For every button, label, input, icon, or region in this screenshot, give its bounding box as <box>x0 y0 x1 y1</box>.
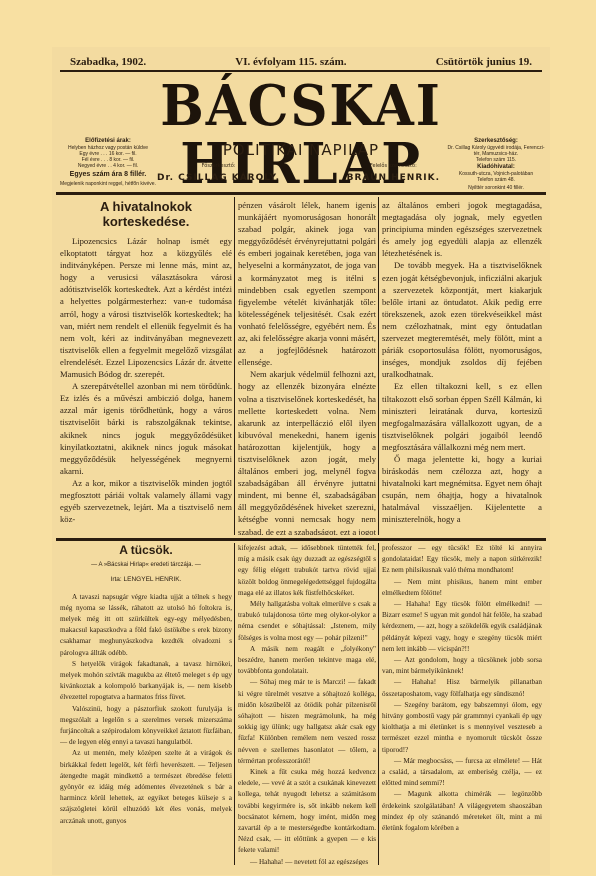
office-line: Dr. Csillag Károly ügyvédi irodája, Fere… <box>446 145 546 157</box>
article-column-3: az általános emberi jogok megtagadása, m… <box>382 199 542 535</box>
office-line: Telefon szám 115. <box>446 157 546 163</box>
place-year: Szabadka, 1902. <box>70 56 146 70</box>
article-paragraph: az általános emberi jogok megtagadása, m… <box>382 199 542 259</box>
article-paragraph: Az a kor, mikor a tisztviselők minden jo… <box>60 477 232 525</box>
subscription-title: Előfizetési árak: <box>58 138 158 144</box>
feuilleton-title: A tücsök. <box>60 545 232 556</box>
single-issue-price: Egyes szám ára 8 fillér. <box>58 172 158 178</box>
article-paragraph: pénzen vásárolt lélek, hanem igenis munk… <box>238 199 376 368</box>
feuilleton-paragraph: kifejezést adtak, — idősebbnek tüntették… <box>238 543 376 599</box>
feuilleton-paragraph: — Már megbocsáss, — furcsa az elmélete! … <box>382 756 542 790</box>
publication-note: Megjelenik naponkint reggel, hétfőn kivé… <box>58 181 158 187</box>
feuilleton-paragraph: — Nem mint phisikus, hanem mint ember el… <box>382 577 542 599</box>
feuilleton-paragraph: Kinek a fűt csuka még hozzá kedvencz ele… <box>238 767 376 857</box>
editorial-office-box: Szerkesztőség: Dr. Csillag Károly ügyvéd… <box>446 137 546 191</box>
feuilleton-paragraph: A másik nem reagált e „folyékony" beszéd… <box>238 644 376 678</box>
feuilleton-paragraph: — Hahaha! Hisz bármelyik pillanatban öss… <box>382 677 542 699</box>
feuilleton-paragraph: — Magunk alkotta chimérák — legönzőbb ér… <box>382 789 542 834</box>
feuilleton-paragraph: — Szegény barátom, egy babszemnyi ólom, … <box>382 700 542 756</box>
article-paragraph: A szerepátvétellel azonban mi nem törődü… <box>60 380 232 477</box>
feuilleton-column-1: A tücsök. — A »Bácskai Hirlap« eredeti t… <box>60 543 232 865</box>
feuilleton-paragraph: Az ut mentén, mely középen szelte át a v… <box>60 748 232 826</box>
column-rule <box>234 543 235 865</box>
article-headline: A hivatalnokok korteskedése. <box>60 199 232 229</box>
responsible-editor-role: Felelős szerkesztő: <box>347 163 440 169</box>
feuilleton-paragraph: A tavaszi napsugár végre kiadta ujját a … <box>60 592 232 659</box>
article-column-2: pénzen vásárolt lélek, hanem igenis munk… <box>238 199 376 535</box>
ad-rate-note: Nyilttér soronkint 40 fillér. <box>446 185 546 191</box>
feuilleton-paragraph: S hetyelők virágok fakadtanak, a tavasz … <box>60 659 232 704</box>
feuilleton-paragraph: — Sóhaj meg már te is Marczi! — fakadt k… <box>238 677 376 767</box>
feuilleton-column-2: kifejezést adtak, — idősebbnek tüntették… <box>238 543 376 865</box>
responsible-editor: Felelős szerkesztő: BRAUN HENRIK. <box>347 163 440 183</box>
article-paragraph: De tovább megyek. Ha a tisztviselőknek e… <box>382 259 542 380</box>
publisher-line: Telefon szám 48. <box>446 177 546 183</box>
feuilleton-author: Irta: LENGYEL HENRIK. <box>60 574 232 585</box>
issue-date: Csütörtök junius 19. <box>436 56 532 70</box>
feuilleton-paragraph: Mély hallgatásba voltak elmerülve s csak… <box>238 599 376 644</box>
column-rule <box>234 197 235 535</box>
feuilleton-paragraph: professzor — egy tücsök! Ez tölté ki ann… <box>382 543 542 577</box>
feuilleton-paragraph: Valószinü, hogy a pásztorfiuk szokott fu… <box>60 704 232 749</box>
feuilleton-paragraph: — Azt gondolom, hogy a tücsöknek jobb so… <box>382 655 542 677</box>
article-paragraph: Ez ellen tiltakozni kell, s ez ellen til… <box>382 380 542 453</box>
column-rule <box>378 197 379 535</box>
subscription-line: Negyed évre . . 4 kor. — fil. <box>58 163 158 169</box>
chief-editor-role: Főszerkesztő: <box>157 163 280 169</box>
feuilleton-subtitle: — A »Bácskai Hirlap« eredeti tárczája. — <box>60 560 232 571</box>
feuilleton-column-3: professzor — egy tücsök! Ez tölté ki ann… <box>382 543 542 865</box>
feuilleton-paragraph: — Hahaha! Egy tücsök fölött elmélkedni! … <box>382 599 542 655</box>
feuilleton-paragraph: — Hahaha! — nevetett föl az egészséges <box>238 857 376 865</box>
newspaper-page: Szabadka, 1902. VI. évfolyam 115. szám. … <box>52 47 550 875</box>
masthead-divider <box>56 192 546 195</box>
volume-number: VI. évfolyam 115. szám. <box>235 56 346 70</box>
subscription-box: Előfizetési árak: Helyben házhoz vagy po… <box>58 137 158 187</box>
chief-editor: Főszerkesztő: Dr. CSILLAG KÁROLY. <box>157 163 280 183</box>
column-rule <box>378 543 379 865</box>
article-paragraph: Lipozencsics Lázár holnap ismét egy elko… <box>60 235 232 380</box>
editors-row: Főszerkesztő: Dr. CSILLAG KÁROLY. Felelő… <box>157 163 440 183</box>
chief-editor-name: Dr. CSILLAG KÁROLY. <box>157 173 280 183</box>
article-column-1: A hivatalnokok korteskedése. Lipozencsic… <box>60 197 232 535</box>
responsible-editor-name: BRAUN HENRIK. <box>347 173 440 183</box>
feuilleton-divider <box>56 538 546 541</box>
dateline: Szabadka, 1902. VI. évfolyam 115. szám. … <box>60 56 542 72</box>
office-title: Szerkesztőség: <box>446 138 546 144</box>
article-paragraph: Ő maga jelentette ki, hogy a kuriai birá… <box>382 453 542 526</box>
article-paragraph: Nem akarjuk védelmül felhozni azt, hogy … <box>238 368 376 535</box>
publisher-title: Kiadóhivatal: <box>446 164 546 170</box>
